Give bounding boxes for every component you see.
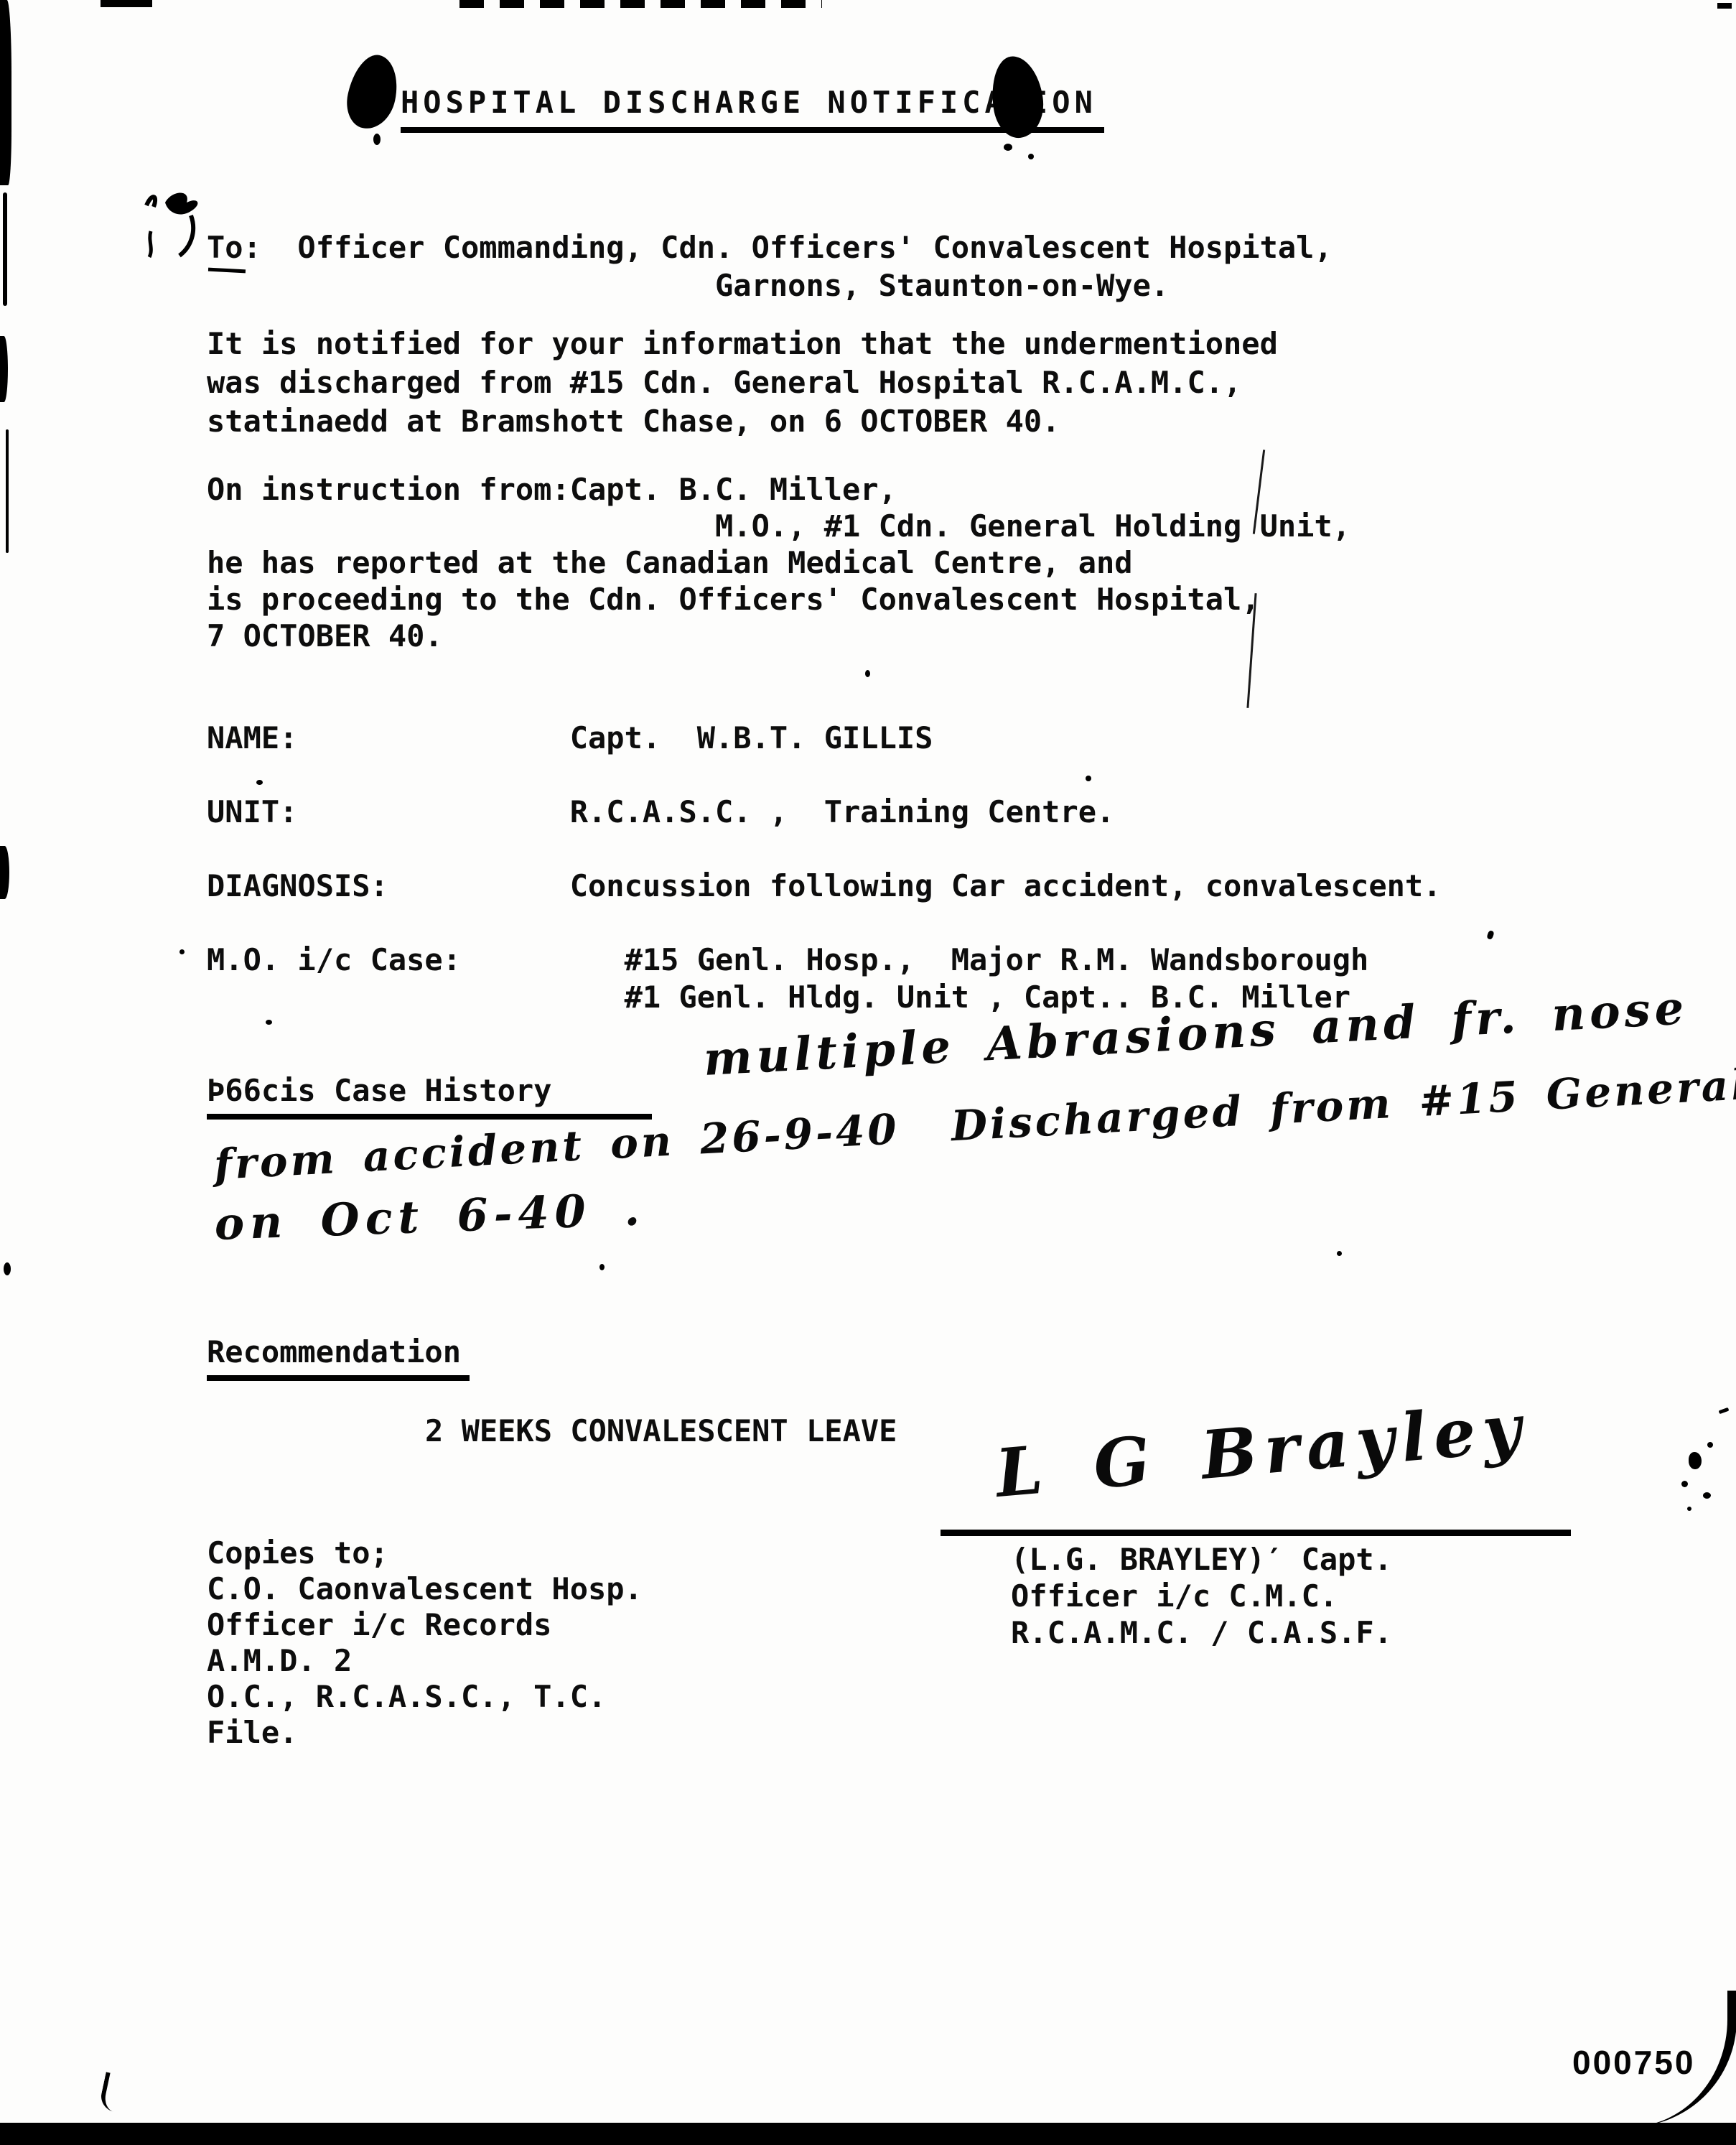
signature-script: L G Brayley: [993, 1389, 1531, 1512]
scan-artifact: [0, 846, 9, 899]
copies-list: Copies to; C.O. Caonvalescent Hosp. Offi…: [207, 1535, 643, 1751]
ink-splatter: [1681, 1481, 1688, 1487]
ink-splatter: [1703, 1492, 1711, 1499]
scan-artifact: [4, 1262, 11, 1275]
case-fields-block: NAME: Capt. W.B.T. GILLIS UNIT: R.C.A.S.…: [207, 720, 1441, 1015]
ink-splatter: [1687, 1507, 1691, 1511]
scan-bottom-border: [0, 2123, 1736, 2145]
signature-typed-block: (L.G. BRAYLEY)′ Capt. Officer i/c C.M.C.…: [1011, 1541, 1392, 1651]
scan-artifact: [1717, 3, 1732, 9]
ink-splatter: [1707, 1442, 1713, 1448]
ink-blot: [342, 50, 403, 133]
address-to-block: To: Officer Commanding, Cdn. Officers' C…: [207, 228, 1333, 304]
dust-speck: [266, 1020, 272, 1025]
body-paragraph-1: It is notified for your information that…: [207, 325, 1278, 441]
scan-artifact: [0, 336, 8, 402]
dust-speck: [179, 949, 185, 954]
dust-speck: [256, 780, 263, 785]
ink-speck: [373, 134, 381, 145]
ink-speck: [1004, 144, 1012, 151]
dust-speck: [1086, 776, 1091, 781]
scan-artifact: [98, 2072, 129, 2113]
scan-artifact: [3, 192, 7, 306]
handwriting-line: on Oct 6-40 .: [213, 1183, 646, 1250]
scan-artifact: [6, 429, 9, 553]
recommendation-text: 2 WEEKS CONVALESCENT LEAVE: [425, 1412, 897, 1450]
dust-speck: [599, 1264, 605, 1270]
body-paragraph-2: On instruction from:Capt. B.C. Miller, M…: [207, 471, 1350, 654]
scan-artifact: [0, 0, 11, 185]
dust-speck: [1486, 930, 1495, 940]
scan-artifact: [101, 0, 152, 7]
dust-speck: [865, 670, 870, 677]
signature-rule: [941, 1530, 1571, 1536]
ink-splatter: [1719, 1407, 1730, 1414]
scanned-document-page: HOSPITAL DISCHARGE NOTIFICATION To: Offi…: [0, 0, 1736, 2145]
page-number-stamp: 000750: [1572, 2043, 1696, 2082]
ink-speck: [1028, 154, 1034, 159]
precis-heading: Þ66cis Case History: [207, 1071, 652, 1120]
recommendation-heading: Recommendation: [207, 1333, 470, 1381]
scan-artifact: [459, 0, 822, 8]
dust-speck: [1337, 1251, 1342, 1256]
ink-splatter: [1689, 1452, 1702, 1469]
